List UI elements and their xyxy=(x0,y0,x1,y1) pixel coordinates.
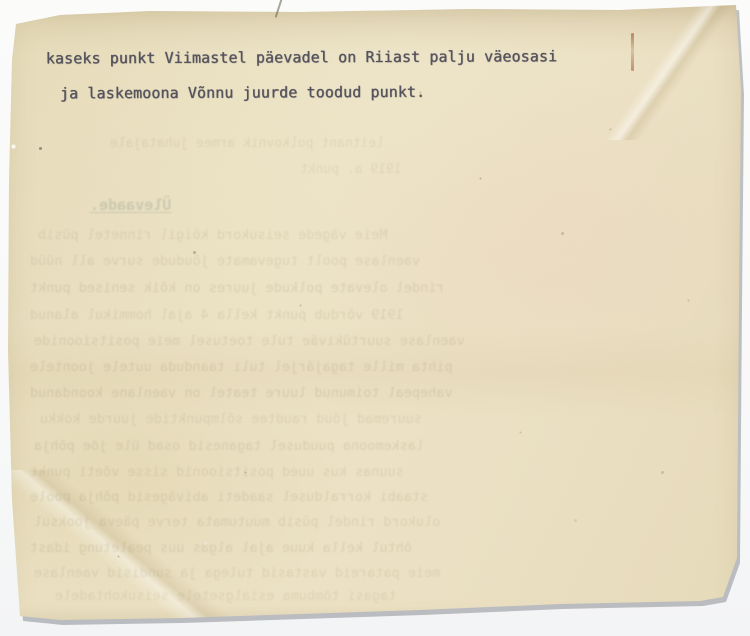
red-ink-mark xyxy=(631,33,634,71)
scanned-document: leitnant polkovnik armee juhatajale1919 … xyxy=(0,0,750,636)
paper-sheet: leitnant polkovnik armee juhatajale1919 … xyxy=(0,0,750,636)
typed-text-block: kaseks punkt Viimastel päevadel on Riias… xyxy=(0,0,750,636)
paper-speckles xyxy=(0,0,1,1)
typed-line: ja laskemoona Võnnu juurde toodud punkt. xyxy=(60,83,425,103)
typed-line: kaseks punkt Viimastel päevadel on Riias… xyxy=(46,47,557,67)
